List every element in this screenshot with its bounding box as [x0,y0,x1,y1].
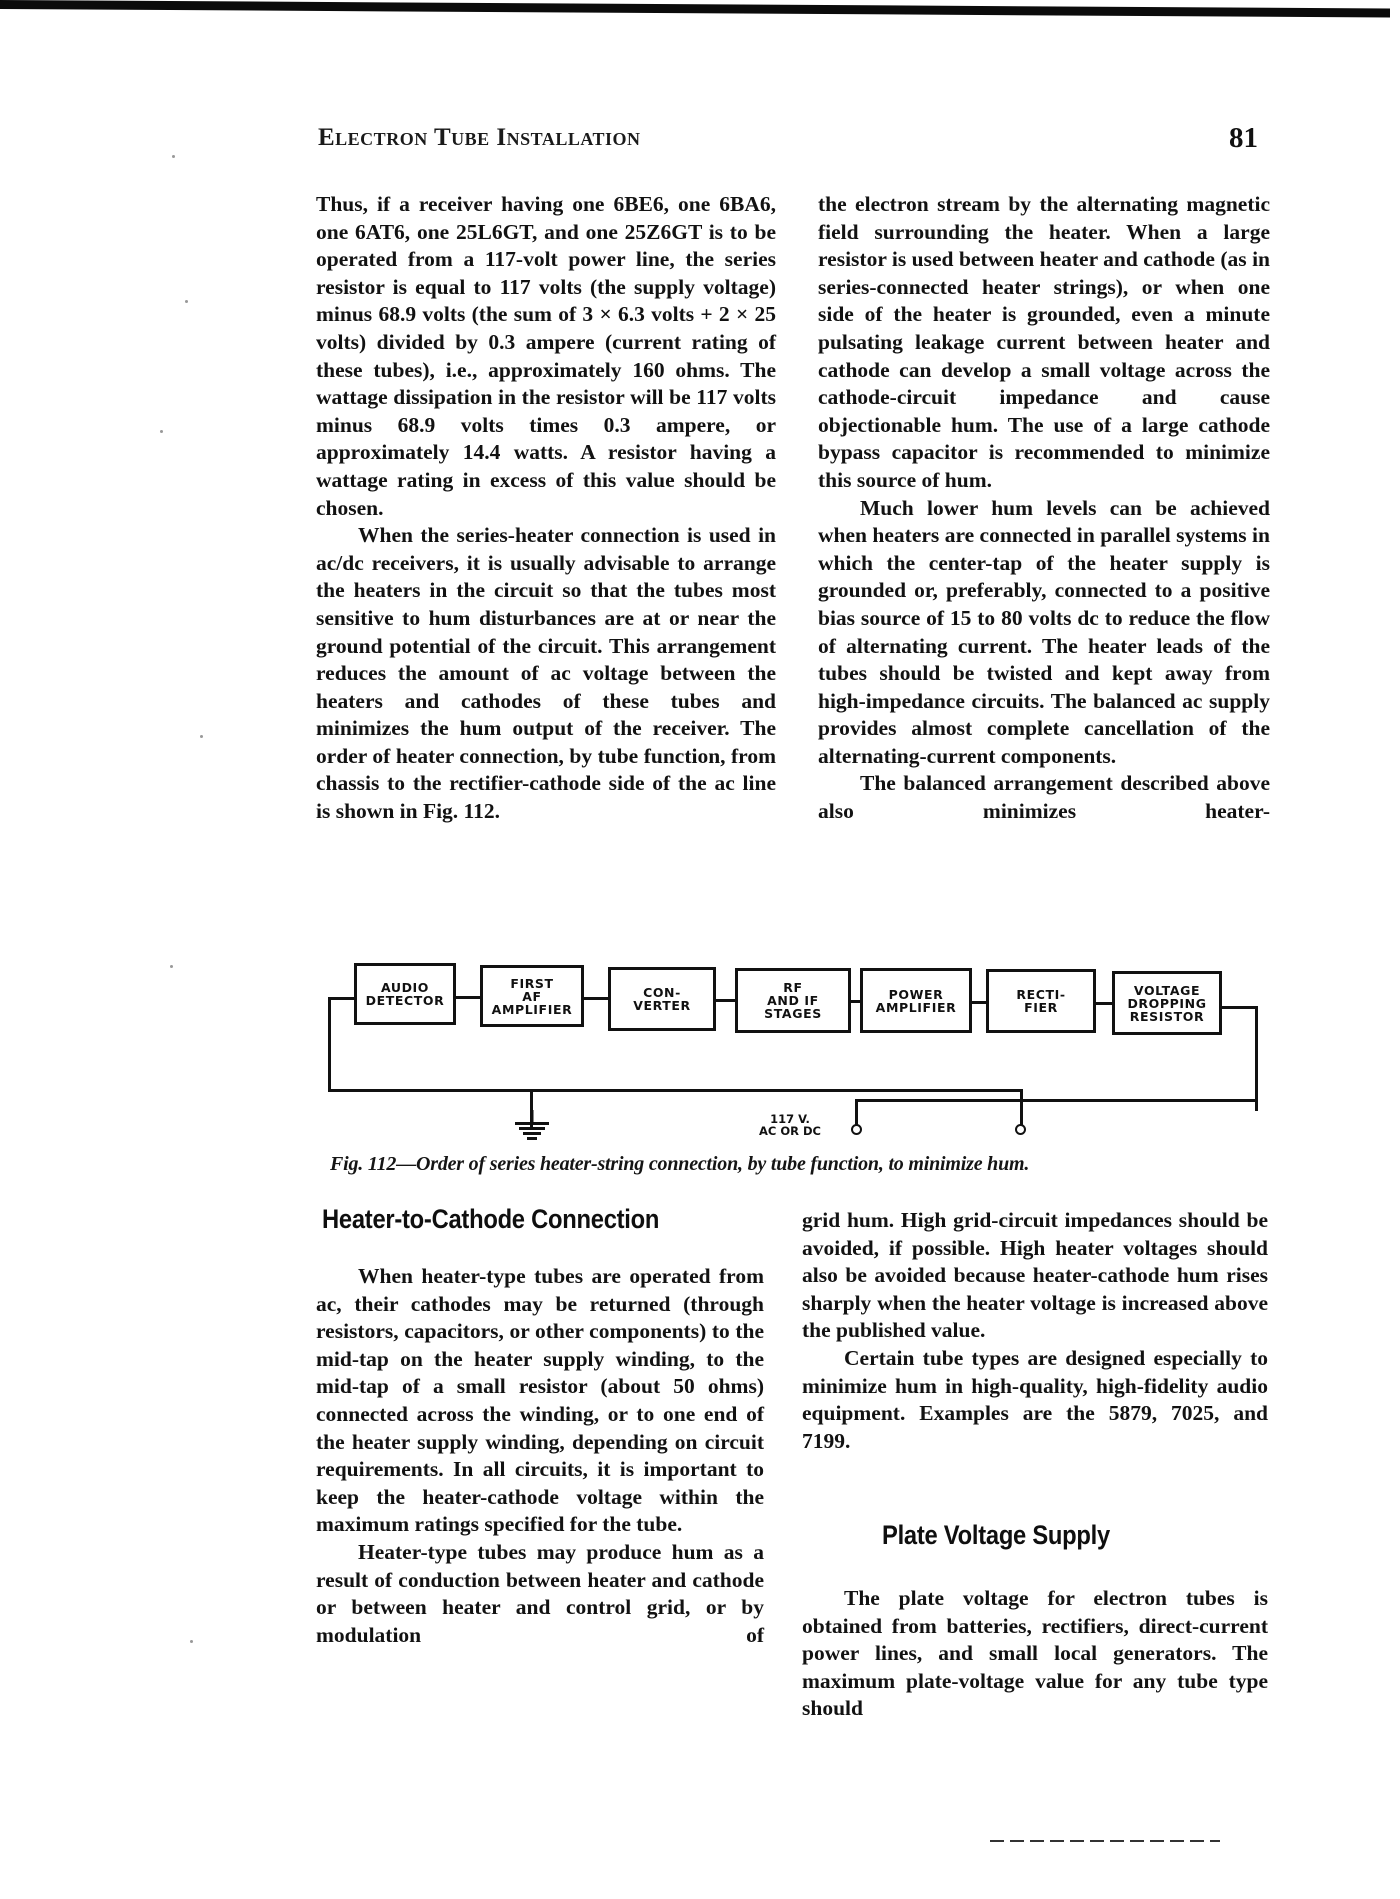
figure-caption: Fig. 112—Order of series heater-string c… [330,1153,1270,1176]
block-power-amplifier: POWER AMPLIFIER [860,968,972,1033]
ground-icon [510,1110,554,1140]
column-left-bottom: When heater-type tubes are operated from… [316,1263,764,1649]
column-left-top: Thus, if a receiver having one 6BE6, one… [316,191,776,826]
block-rf-if-stages: RF AND IF STAGES [735,968,851,1033]
scan-speckle [172,155,175,158]
supply-label: 117 V. AC OR DC [750,1113,830,1137]
block-voltage-dropping-resistor: VOLTAGE DROPPING RESISTOR [1112,971,1222,1035]
paragraph: The balanced arrangement described above… [818,770,1270,825]
block-label: RF AND IF STAGES [764,981,822,1020]
scan-speckle [200,735,203,738]
wire [1096,1002,1112,1005]
wire [1020,1089,1023,1127]
column-right-bottom-continued: The plate voltage for electron tubes is … [802,1585,1268,1723]
paragraph: When heater-type tubes are operated from… [316,1263,764,1539]
scan-speckle [170,965,173,968]
block-label: CON- VERTER [633,986,691,1012]
block-label: FIRST AF AMPLIFIER [492,977,573,1016]
document-page: Electron Tube Installation 81 Thus, if a… [0,0,1400,1899]
footer-scan-rule [990,1840,1220,1842]
scan-speckle [190,1640,193,1643]
scan-speckle [185,300,188,303]
scan-edge-bar [0,0,1390,17]
paragraph: Thus, if a receiver having one 6BE6, one… [316,191,776,522]
block-rectifier: RECTI- FIER [986,969,1096,1033]
block-converter: CON- VERTER [608,967,716,1031]
block-audio-detector: AUDIO DETECTOR [354,963,456,1025]
paragraph: Much lower hum levels can be achieved wh… [818,495,1270,771]
wire [972,1001,986,1004]
running-title: Electron Tube Installation [318,124,641,152]
wire [855,1099,1258,1102]
block-label: VOLTAGE DROPPING RESISTOR [1127,984,1206,1023]
running-head: Electron Tube Installation 81 [318,124,1258,164]
paragraph: the electron stream by the alternating m… [818,191,1270,495]
block-first-af-amplifier: FIRST AF AMPLIFIER [480,965,584,1027]
block-label: RECTI- FIER [1016,988,1065,1014]
wire [1255,1006,1258,1111]
wire [328,998,331,1091]
block-label: AUDIO DETECTOR [366,981,445,1007]
supply-type: AC OR DC [750,1125,830,1137]
column-right-bottom: grid hum. High grid-circuit impedances s… [802,1207,1268,1455]
section-heading-heater-to-cathode: Heater-to-Cathode Connection [322,1204,659,1235]
wire [328,1089,1023,1092]
paragraph: Certain tube types are designed especial… [802,1345,1268,1455]
paragraph: grid hum. High grid-circuit impedances s… [802,1207,1268,1345]
column-right-top: the electron stream by the alternating m… [818,191,1270,826]
paragraph: Heater-type tubes may produce hum as a r… [316,1539,764,1649]
figure-112-block-diagram: AUDIO DETECTOR FIRST AF AMPLIFIER CON- V… [320,960,1290,1150]
block-label: POWER AMPLIFIER [876,988,957,1014]
scan-speckle [160,430,163,433]
paragraph: The plate voltage for electron tubes is … [802,1585,1268,1723]
wire [716,999,735,1002]
wire [328,997,354,1000]
section-heading-plate-voltage-supply: Plate Voltage Supply [882,1520,1110,1551]
wire [584,997,608,1000]
wire [456,996,480,999]
terminal-icon [851,1124,862,1135]
wire [851,1000,860,1003]
wire [1220,1006,1258,1009]
page-number: 81 [1229,122,1258,155]
paragraph: When the series-heater connection is use… [316,522,776,826]
terminal-icon [1015,1124,1026,1135]
